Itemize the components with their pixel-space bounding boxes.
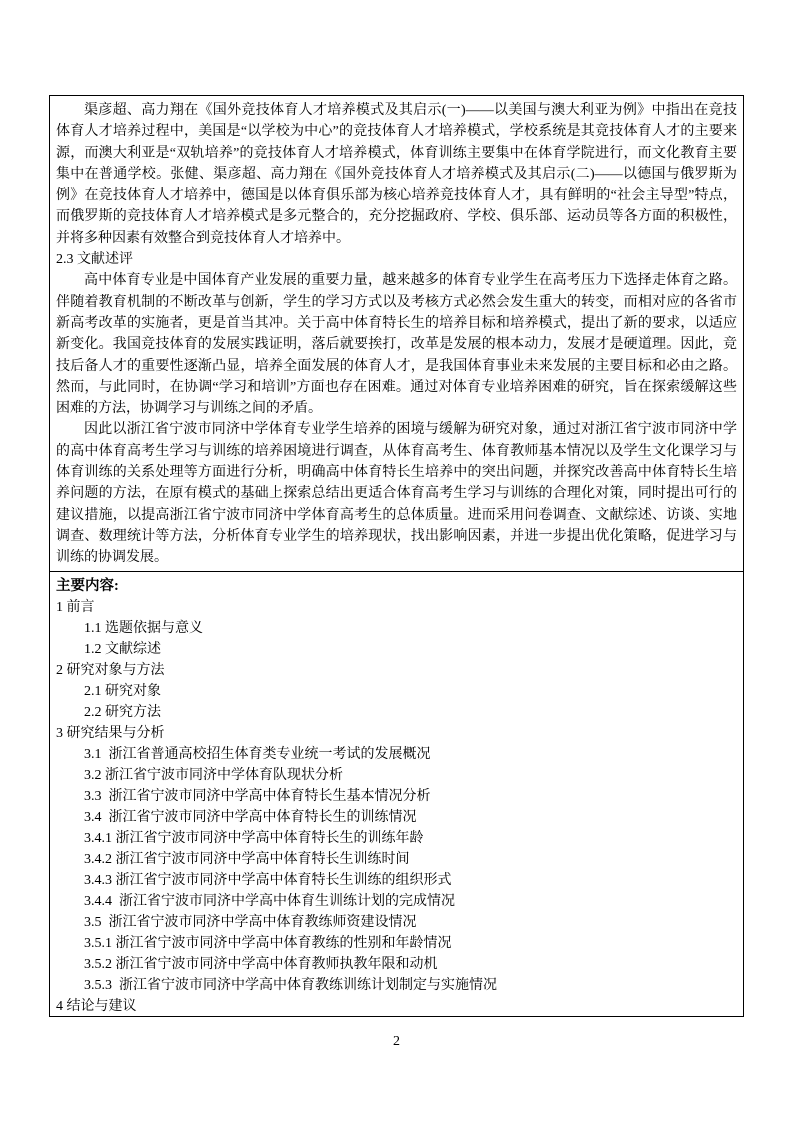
outline-item: 3 研究结果与分析 (56, 723, 737, 744)
outline-item: 1.1 选题依据与意义 (56, 618, 737, 639)
outline-item: 2 研究对象与方法 (56, 660, 737, 681)
outline-item: 3.5.1 浙江省宁波市同济中学高中体育教练的性别和年龄情况 (56, 933, 737, 954)
page-number: 2 (0, 1034, 793, 1050)
outline-item: 3.4.3 浙江省宁波市同济中学高中体育特长生训练的组织形式 (56, 870, 737, 891)
outline-item: 3.4.1 浙江省宁波市同济中学高中体育特长生的训练年龄 (56, 828, 737, 849)
outline-list: 1 前言1.1 选题依据与意义1.2 文献综述2 研究对象与方法2.1 研究对象… (56, 597, 737, 1017)
document-page: 渠彦超、高力翔在《国外竞技体育人才培养模式及其启示(一)——以美国与澳大利亚为例… (0, 0, 793, 1122)
paragraph-research-design: 因此以浙江省宁波市同济中学体育专业学生培养的困境与缓解为研究对象，通过对浙江省宁… (56, 419, 737, 568)
main-content-heading: 主要内容: (56, 576, 737, 597)
section-heading-literature-review: 2.3 文献述评 (56, 249, 737, 270)
outline-item: 3.5 浙江省宁波市同济中学高中体育教练师资建设情况 (56, 912, 737, 933)
outline-item: 3.4.4 浙江省宁波市同济中学高中体育生训练计划的完成情况 (56, 891, 737, 912)
outline-item: 4 结论与建议 (56, 996, 737, 1017)
outline-item: 2.1 研究对象 (56, 681, 737, 702)
outline-item: 3.4.2 浙江省宁波市同济中学高中体育特长生训练时间 (56, 849, 737, 870)
paragraph-foreign-training-models: 渠彦超、高力翔在《国外竞技体育人才培养模式及其启示(一)——以美国与澳大利亚为例… (56, 100, 737, 249)
outline-item: 2.2 研究方法 (56, 702, 737, 723)
outline-item: 3.5.3 浙江省宁波市同济中学高中体育教练训练计划制定与实施情况 (56, 975, 737, 996)
outline-item: 3.3 浙江省宁波市同济中学高中体育特长生基本情况分析 (56, 786, 737, 807)
main-content-cell: 主要内容: 1 前言1.1 选题依据与意义1.2 文献综述2 研究对象与方法2.… (50, 572, 743, 1016)
thesis-proposal-table: 渠彦超、高力翔在《国外竞技体育人才培养模式及其启示(一)——以美国与澳大利亚为例… (49, 95, 744, 1017)
outline-item: 1.2 文献综述 (56, 639, 737, 660)
outline-item: 3.5.2 浙江省宁波市同济中学高中体育教师执教年限和动机 (56, 954, 737, 975)
outline-item: 1 前言 (56, 597, 737, 618)
literature-review-cell: 渠彦超、高力翔在《国外竞技体育人才培养模式及其启示(一)——以美国与澳大利亚为例… (50, 96, 743, 572)
outline-item: 3.2 浙江省宁波市同济中学体育队现状分析 (56, 765, 737, 786)
outline-item: 3.4 浙江省宁波市同济中学高中体育特长生的训练情况 (56, 807, 737, 828)
outline-item: 3.1 浙江省普通高校招生体育类专业统一考试的发展概况 (56, 744, 737, 765)
paragraph-research-background: 高中体育专业是中国体育产业发展的重要力量，越来越多的体育专业学生在高考压力下选择… (56, 270, 737, 419)
